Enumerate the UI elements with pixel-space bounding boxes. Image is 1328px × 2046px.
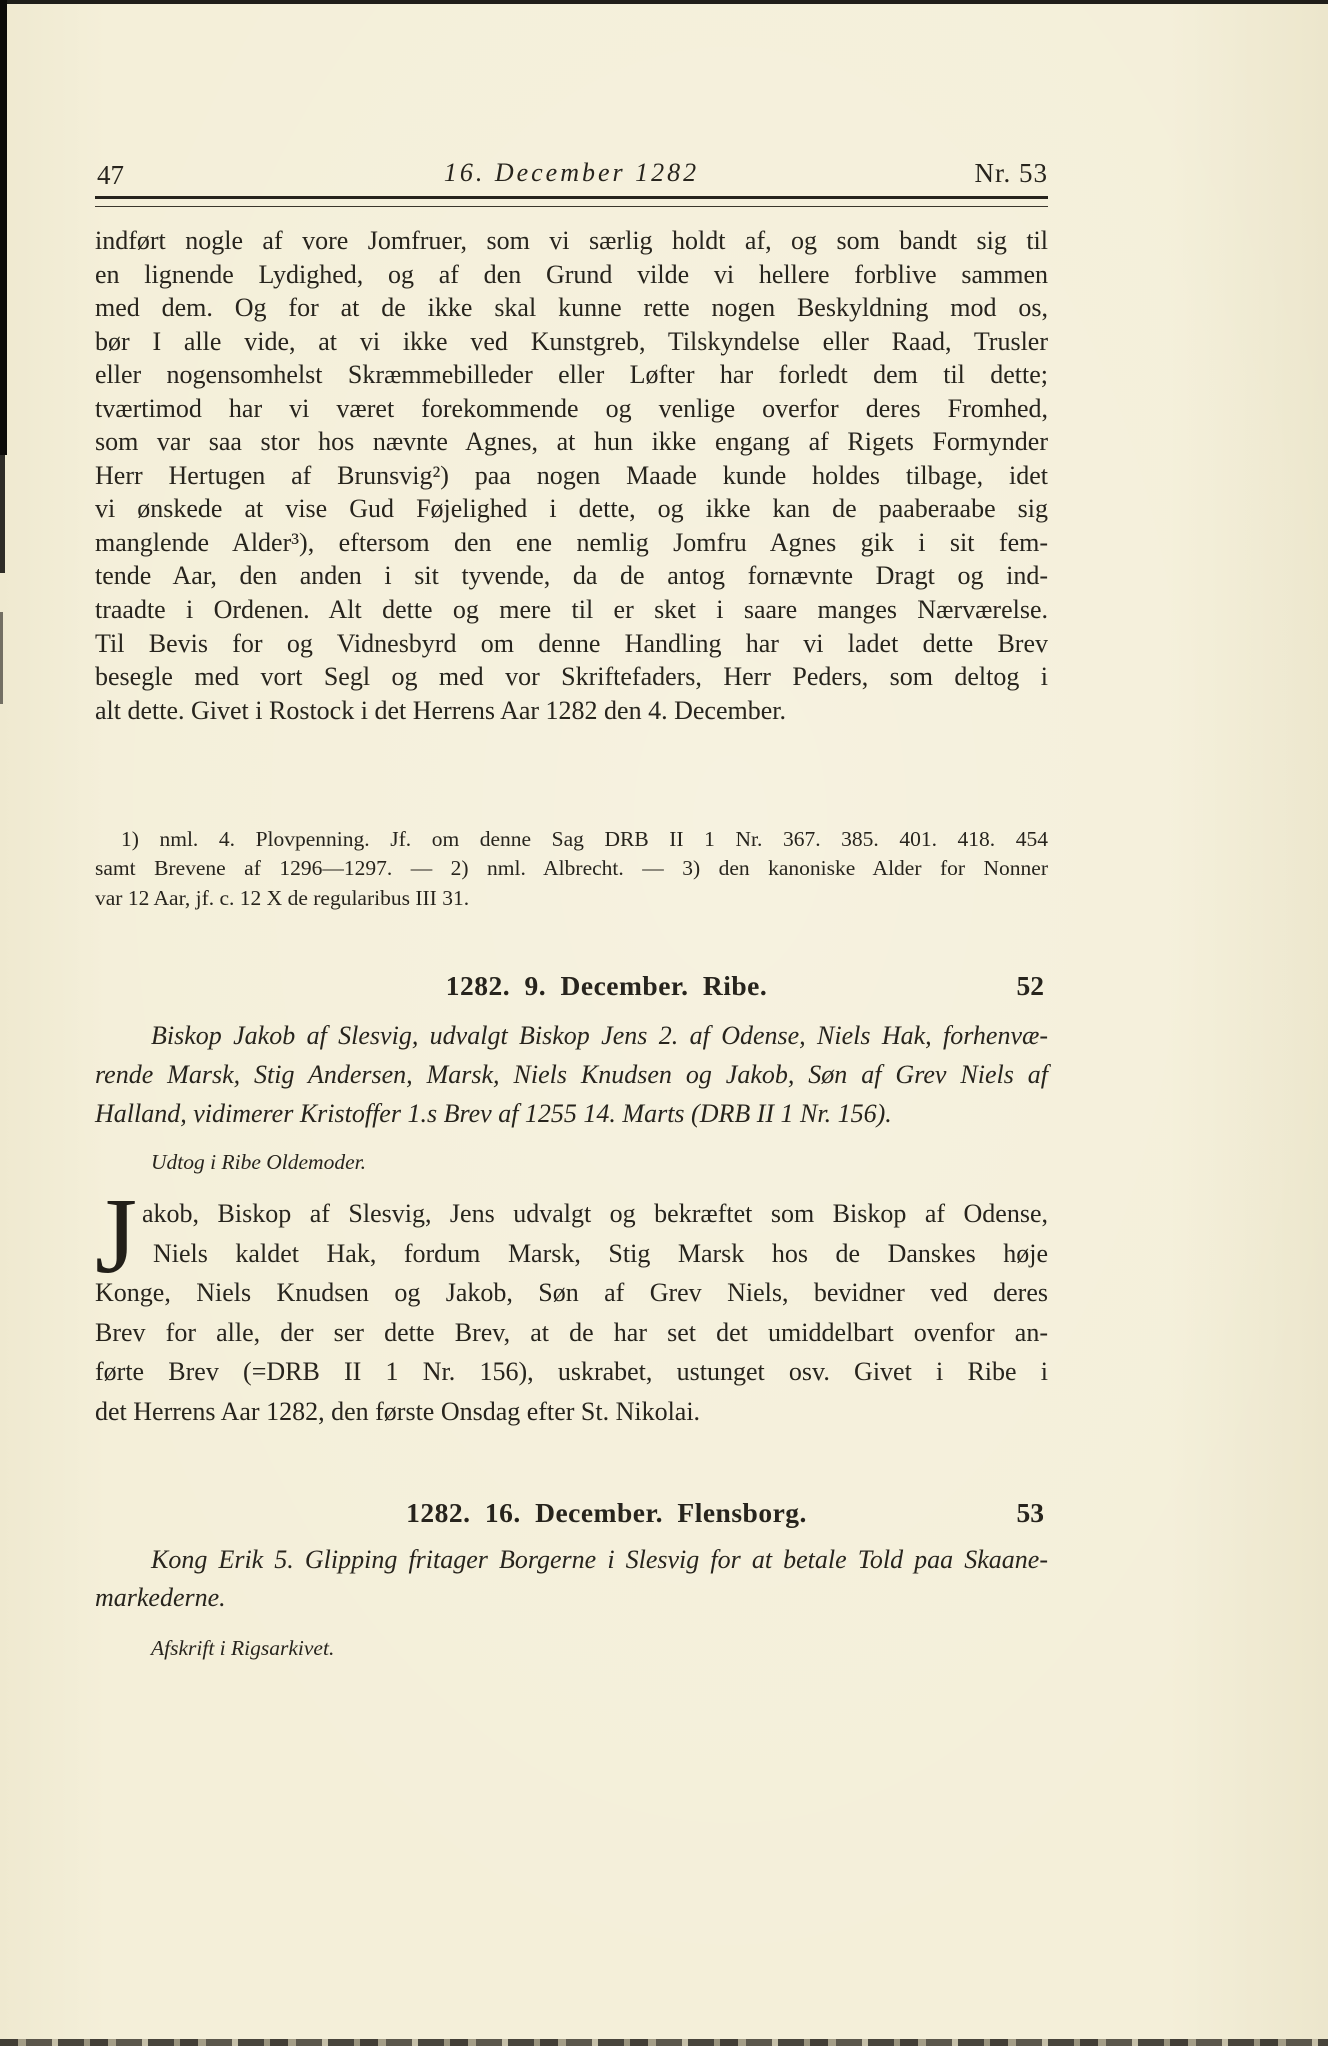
text-line: bør I alle vide, at vi ikke ved Kunstgre… bbox=[95, 325, 1048, 359]
entry-52-regest: Biskop Jakob af Slesvig, udvalgt Biskop … bbox=[95, 1016, 1048, 1134]
text-line: med dem. Og for at de ikke skal kunne re… bbox=[95, 291, 1048, 325]
entry-53-source-note: Afskrift i Rigsarkivet. bbox=[95, 1636, 1048, 1661]
scan-edge-top bbox=[0, 0, 1328, 4]
text-line: Brev for alle, der ser dette Brev, at de… bbox=[95, 1313, 1048, 1353]
text-line: vi ønskede at vise Gud Føjelighed i dett… bbox=[95, 492, 1048, 526]
book-page: 47 16. December 1282 Nr. 53 indført nogl… bbox=[0, 0, 1328, 2046]
entry-53-heading-text: 1282. 16. December. Flensborg. bbox=[95, 1497, 1048, 1529]
entry-53-regest: Kong Erik 5. Glipping fritager Borgerne … bbox=[95, 1541, 1048, 1617]
text-line: traadte i Ordenen. Alt dette og mere til… bbox=[95, 593, 1048, 627]
header-rule bbox=[95, 196, 1048, 207]
footnote-line: samt Brevene af 1296—1297. — 2) nml. Alb… bbox=[95, 854, 1048, 883]
footnote-line: var 12 Aar, jf. c. 12 X de regularibus I… bbox=[95, 884, 1048, 913]
entry-reference: Nr. 53 bbox=[975, 158, 1049, 189]
regest-line: markederne. bbox=[95, 1579, 1048, 1617]
scan-edge-left bbox=[0, 612, 3, 704]
text-line: tværtimod har vi været forekommende og v… bbox=[95, 392, 1048, 426]
page-number: 47 bbox=[97, 160, 124, 191]
entry-51-footnotes: 1) nml. 4. Plovpenning. Jf. om denne Sag… bbox=[95, 825, 1048, 913]
text-line: besegle med vort Segl og med vor Skrifte… bbox=[95, 660, 1048, 694]
regest-line: Kong Erik 5. Glipping fritager Borgerne … bbox=[95, 1541, 1048, 1579]
scan-edge-left bbox=[0, 0, 7, 455]
text-line: Herr Hertugen af Brunsvig²) paa nogen Ma… bbox=[95, 459, 1048, 493]
entry-52-heading-text: 1282. 9. December. Ribe. bbox=[95, 970, 1048, 1002]
scan-edge-left bbox=[0, 455, 5, 573]
text-line: tende Aar, den anden i sit tyvende, da d… bbox=[95, 559, 1048, 593]
entry-53-heading: 1282. 16. December. Flensborg. 53 bbox=[95, 1497, 1048, 1531]
text-line: akob, Biskop af Slesvig, Jens udvalgt og… bbox=[95, 1194, 1048, 1234]
page-header: 47 16. December 1282 Nr. 53 bbox=[95, 158, 1048, 194]
running-title: 16. December 1282 bbox=[95, 158, 1048, 188]
footnote-line: 1) nml. 4. Plovpenning. Jf. om denne Sag… bbox=[95, 825, 1048, 854]
entry-53-number: 53 bbox=[1017, 1497, 1045, 1529]
scan-edge-bottom bbox=[0, 2039, 1328, 2046]
text-line: Niels kaldet Hak, fordum Marsk, Stig Mar… bbox=[95, 1234, 1048, 1274]
text-line: eller nogensomhelst Skræmmebilleder elle… bbox=[95, 358, 1048, 392]
text-line: som var saa stor hos nævnte Agnes, at hu… bbox=[95, 425, 1048, 459]
text-line: alt dette. Givet i Rostock i det Herrens… bbox=[95, 694, 1048, 728]
entry-52-source-note: Udtog i Ribe Oldemoder. bbox=[95, 1150, 1048, 1175]
entry-52-text: akob, Biskop af Slesvig, Jens udvalgt og… bbox=[95, 1194, 1048, 1432]
regest-line: Biskop Jakob af Slesvig, udvalgt Biskop … bbox=[95, 1016, 1048, 1055]
text-line: Til Bevis for og Vidnesbyrd om denne Han… bbox=[95, 627, 1048, 661]
text-line: en lignende Lydighed, og af den Grund vi… bbox=[95, 258, 1048, 292]
entry-52-number: 52 bbox=[1017, 970, 1045, 1002]
text-line: Konge, Niels Knudsen og Jakob, Søn af Gr… bbox=[95, 1273, 1048, 1313]
regest-line: rende Marsk, Stig Andersen, Marsk, Niels… bbox=[95, 1055, 1048, 1094]
entry-52-heading: 1282. 9. December. Ribe. 52 bbox=[95, 970, 1048, 1004]
entry-51-continuation-text: indført nogle af vore Jomfruer, som vi s… bbox=[95, 224, 1048, 727]
text-line: det Herrens Aar 1282, den første Onsdag … bbox=[95, 1392, 1048, 1432]
regest-line: Halland, vidimerer Kristoffer 1.s Brev a… bbox=[95, 1094, 1048, 1133]
text-line: førte Brev (=DRB II 1 Nr. 156), uskrabet… bbox=[95, 1352, 1048, 1392]
text-line: indført nogle af vore Jomfruer, som vi s… bbox=[95, 224, 1048, 258]
text-line: manglende Alder³), eftersom den ene neml… bbox=[95, 526, 1048, 560]
